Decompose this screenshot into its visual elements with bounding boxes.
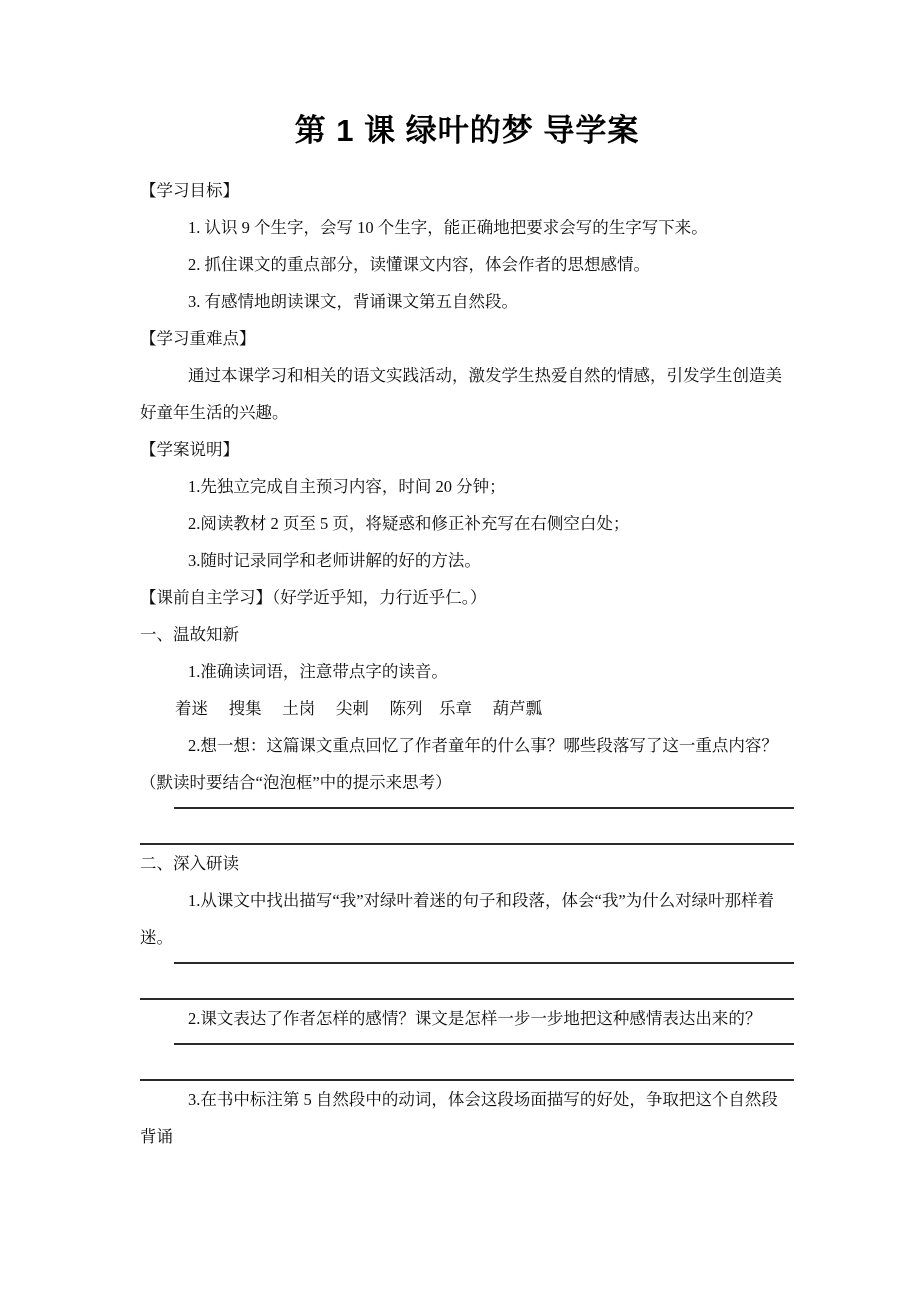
plan-note-3: 3.随时记录同学和老师讲解的好的方法。 [140, 542, 794, 579]
review-question-2: 2.想一想：这篇课文重点回忆了作者童年的什么事？哪些段落写了这一重点内容？（默读… [140, 727, 794, 801]
goal-item-3: 3. 有感情地朗读课文，背诵课文第五自然段。 [140, 283, 794, 320]
deep-reading-section-heading: 二、深入研读 [140, 845, 794, 882]
deep-reading-question-3: 3.在书中标注第 5 自然段中的动词，体会这段场面描写的好处，争取把这个自然段背… [140, 1081, 794, 1155]
answer-blank-line[interactable] [174, 1037, 794, 1045]
document-title: 第 1 课 绿叶的梦 导学案 [140, 104, 794, 158]
answer-blank-line[interactable] [174, 956, 794, 964]
plan-note-1: 1.先独立完成自主预习内容，时间 20 分钟； [140, 468, 794, 505]
document-page: 第 1 课 绿叶的梦 导学案 【学习目标】 1. 认识 9 个生字，会写 10 … [0, 0, 920, 1302]
goal-item-2: 2. 抓住课文的重点部分，读懂课文内容，体会作者的思想感情。 [140, 246, 794, 283]
goals-heading: 【学习目标】 [140, 172, 794, 209]
key-points-text: 通过本课学习和相关的语文实践活动，激发学生热爱自然的情感，引发学生创造美好童年生… [140, 357, 794, 431]
key-points-heading: 【学习重难点】 [140, 320, 794, 357]
goal-item-1: 1. 认识 9 个生字，会写 10 个生字，能正确地把要求会写的生字写下来。 [140, 209, 794, 246]
pre-study-motto: （好学近乎知，力行近乎仁。） [272, 588, 487, 607]
pre-study-heading: 【课前自主学习】 [140, 588, 272, 607]
plan-note-2: 2.阅读教材 2 页至 5 页，将疑惑和修正补充写在右侧空白处； [140, 505, 794, 542]
plan-notes-heading: 【学案说明】 [140, 431, 794, 468]
answer-blank-line[interactable] [140, 1045, 794, 1081]
review-section-heading: 一、温故知新 [140, 616, 794, 653]
word-list: 着迷 搜集 土岗 尖刺 陈列 乐章 葫芦瓢 [140, 690, 794, 727]
review-question-1: 1.准确读词语，注意带点字的读音。 [140, 653, 794, 690]
answer-blank-line[interactable] [174, 801, 794, 809]
pre-study-line: 【课前自主学习】（好学近乎知，力行近乎仁。） [140, 579, 794, 616]
deep-reading-question-1: 1.从课文中找出描写“我”对绿叶着迷的句子和段落，体会“我”为什么对绿叶那样着迷… [140, 882, 794, 956]
answer-blank-line[interactable] [140, 964, 794, 1000]
answer-blank-line[interactable] [140, 809, 794, 845]
deep-reading-question-2: 2.课文表达了作者怎样的感情？课文是怎样一步一步地把这种感情表达出来的？ [140, 1000, 794, 1037]
